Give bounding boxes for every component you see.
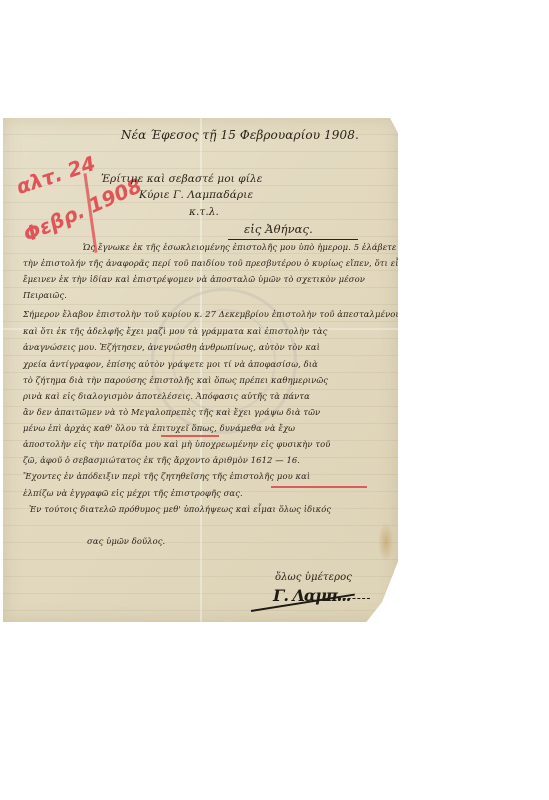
body-line: ἀποστολὴν εἰς τὴν πατρίδα μου καὶ μὴ ὑπο…: [23, 440, 330, 448]
body-line: Ἐν τούτοις διατελῶ πρόθυμος μεθ' ὑπολήψε…: [29, 505, 331, 513]
body-line: σας ὑμῶν δοῦλος.: [87, 537, 165, 545]
body-line: καὶ ὅτι ἐκ τῆς ἀδελφῆς ἔχει μαζὶ μου τὰ …: [23, 327, 327, 335]
body-line: χρεία ἀντίγραφον, ἐπίσης αὐτὸν γράψετε μ…: [23, 360, 318, 368]
address-underline: [228, 239, 358, 240]
salutation-line2: Κύριε Γ. Λαμπαδάριε: [139, 190, 253, 201]
salutation-city: εἰς Ἀθήνας.: [244, 224, 313, 236]
body-line: μένω ἐπὶ ἀρχὰς καθ' ὅλου τὰ ἐπιτυχεῖ ὅπω…: [23, 424, 295, 432]
body-line: τὸ ζήτημα διὰ τὴν παρούσης ἐπιστολῆς καὶ…: [23, 376, 328, 384]
body-line: ἐλπίζω νὰ ἐγγραφῶ εἰς μέχρι τῆς ἐπιστροφ…: [23, 489, 243, 497]
body-line: ρινὰ καὶ εἰς διαλογισμὸν ἀποτελέσεις. Ἀπ…: [23, 392, 310, 400]
closing-line: ὅλως ὑμέτερος: [275, 573, 352, 583]
body-line: ἔμεινεν ἐκ τὴν ἰδίαν καὶ ἐπιστρέψομεν νὰ…: [23, 275, 365, 283]
red-underline-number: [271, 486, 367, 488]
body-line: ζῶ, ἀφοῦ ὁ σεβασμιώτατος ἐκ τῆς ἄρχοντο …: [23, 456, 300, 464]
letter-paper: Νέα Έφεσος τῇ 15 Φεβρουαρίου 1908. αλτ. …: [3, 118, 398, 622]
body-line: Πειραιῶς.: [23, 291, 67, 299]
body-line: ἀναγνώσεις μου. Ἐζήτησεν, ἀνεγνώσθη ἀνθρ…: [23, 343, 320, 351]
body-line: Ἔχοντες ἐν ἀπόδειξιν περὶ τῆς ζητηθεῖσης…: [23, 472, 310, 480]
body-line: τὴν ἐπιστολήν τῆς ἀναφορᾶς περί τοῦ παιδ…: [23, 259, 441, 267]
body-line: Ὡς ἔγνωκε ἐκ τῆς ἐσωκλειομένης ἐπιστολῆς…: [83, 243, 397, 251]
body-line: ἂν δεν ἀπαιτῶμεν νὰ τὸ Μεγαλοπρεπὲς τῆς …: [23, 408, 320, 416]
paper-stain: [378, 522, 394, 562]
body-line: Σήμερον ἔλαβον ἐπιστολὴν τοῦ κυρίου κ. 2…: [23, 310, 401, 318]
date-line: Νέα Έφεσος τῇ 15 Φεβρουαρίου 1908.: [121, 129, 359, 141]
red-underline-name: [161, 435, 219, 437]
salutation-line1: Ἐρίτιμε καὶ σεβαστέ μοι φίλε: [101, 174, 262, 185]
salutation-line3: κ.τ.λ.: [189, 207, 219, 218]
signature-dash: [338, 598, 370, 600]
